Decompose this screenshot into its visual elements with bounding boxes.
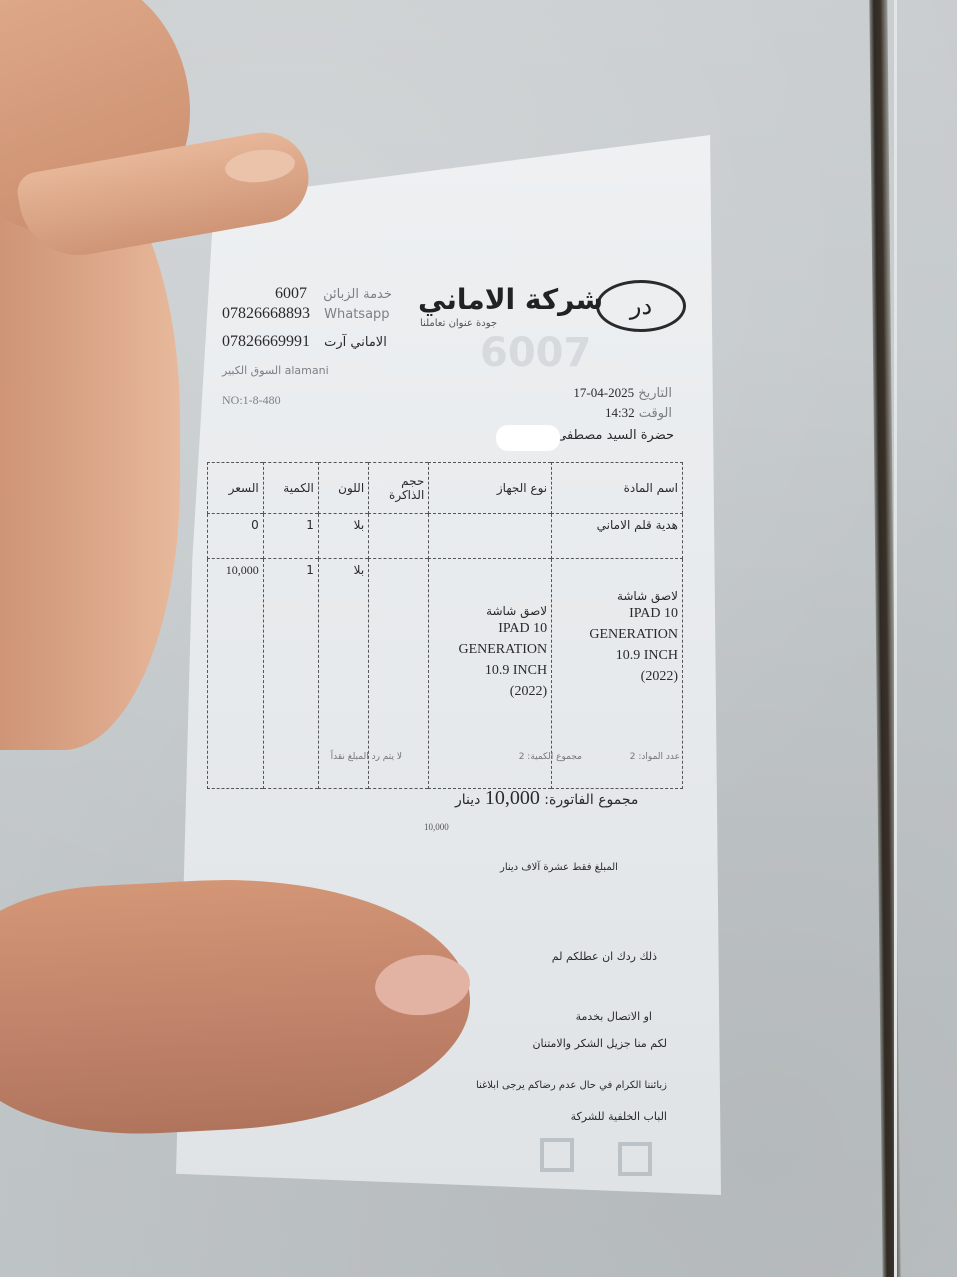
table-footer-count: عدد المواد: 2: [630, 752, 680, 762]
table-row: هدية قلم الاماني بلا 1 0: [208, 514, 683, 559]
invoice-number: NO:1-8-480: [222, 393, 281, 408]
date-label: التاريخ: [638, 386, 672, 401]
tile-edge: [894, 0, 897, 1277]
customer-label: حضرة السيد: [607, 428, 674, 443]
item-name-en-3: 10.9 INCH: [556, 645, 678, 666]
item-type-en-1: IPAD 10: [433, 618, 547, 639]
time-value: 14:32: [605, 405, 635, 420]
whatsapp-label: Whatsapp: [324, 307, 389, 322]
column-header: حجم الذاكرة: [369, 463, 429, 514]
item-type-en-3: 10.9 INCH: [433, 660, 547, 681]
invoice-total-small: 10,000: [424, 822, 449, 832]
customer-service-number: 6007: [275, 285, 307, 302]
item-price: 10,000: [208, 559, 264, 789]
invoice-total-line: مجموع الفاتورة: 10,000 دينار: [455, 787, 638, 810]
note-line: لكم منا جزيل الشكر والامتنان: [532, 1037, 667, 1050]
item-name-en-2: GENERATION: [556, 624, 678, 645]
table-row: لاصق شاشة IPAD 10 GENERATION 10.9 INCH (…: [208, 559, 683, 789]
customer-value: مصطفى: [556, 428, 602, 443]
qr-code-icon: [618, 1142, 652, 1176]
customer-line: حضرة السيد مصطفى: [556, 428, 674, 443]
item-type-en-4: (2022): [433, 681, 547, 702]
item-name-en-1: IPAD 10: [556, 603, 678, 624]
item-color: بلا: [318, 514, 368, 559]
column-header: اللون: [318, 463, 368, 514]
table-header-row: اسم المادة نوع الجهاز حجم الذاكرة اللون …: [208, 463, 683, 514]
item-name: هدية قلم الاماني: [552, 514, 683, 559]
column-header: نوع الجهاز: [429, 463, 552, 514]
item-type-en-2: GENERATION: [433, 639, 547, 660]
note-line: الباب الخلفية للشركة: [571, 1110, 667, 1123]
company-tagline: جودة عنوان تعاملنا: [420, 318, 497, 329]
item-memory: [369, 514, 429, 559]
invoice-total-value: 10,000: [485, 787, 540, 809]
table-footer-total: مجموع الكمية: 2: [519, 752, 582, 762]
whatsapp-line: 07826668893 Whatsapp: [222, 305, 390, 323]
whatsapp-number: 07826668893: [222, 305, 310, 322]
amount-in-words: المبلغ فقط عشرة آلاف دينار: [500, 862, 618, 873]
note-line: ذلك ردك ان عطلكم لم: [552, 950, 657, 963]
note-line: او الاتصال بخدمة: [576, 1010, 652, 1023]
branch-label: الاماني آرت: [324, 335, 387, 350]
item-qty: 1: [263, 514, 318, 559]
column-header: السعر: [208, 463, 264, 514]
invoice-total-currency: دينار: [455, 792, 480, 808]
note-line: زبائننا الكرام في حال عدم رضاكم يرجى ابل…: [476, 1080, 667, 1091]
item-qty: 1: [263, 559, 318, 789]
item-name-ar: لاصق شاشة: [617, 589, 678, 603]
column-header: الكمية: [263, 463, 318, 514]
company-monogram-icon: ﺩﺭ: [596, 280, 686, 332]
watermark-number: 6007: [480, 330, 591, 376]
company-name: شركة الاماني: [418, 283, 603, 316]
address-line: السوق الكبير alamani: [222, 364, 329, 377]
date-value: 2025-04-17: [573, 385, 634, 400]
items-table: اسم المادة نوع الجهاز حجم الذاكرة اللون …: [207, 462, 683, 789]
qr-code-icon: [540, 1138, 574, 1172]
table-footer-note: لا يتم رد المبلغ نقداً: [331, 752, 402, 762]
branch-number: 07826669991: [222, 333, 310, 350]
column-header: اسم المادة: [552, 463, 683, 514]
item-price: 0: [208, 514, 264, 559]
date-line: التاريخ 2025-04-17: [573, 385, 672, 401]
invoice-total-label: مجموع الفاتورة:: [544, 792, 638, 808]
time-line: الوقت 14:32: [605, 405, 672, 421]
customer-service-label: خدمة الزبائن: [323, 287, 392, 302]
time-label: الوقت: [639, 406, 672, 421]
item-type: [429, 514, 552, 559]
branch-line: 07826669991 الاماني آرت: [222, 333, 387, 351]
customer-service-line: 6007 خدمة الزبائن: [275, 285, 392, 303]
redaction-blob: [496, 425, 560, 451]
item-name-en-4: (2022): [556, 666, 678, 687]
item-type-ar: لاصق شاشة: [486, 604, 547, 618]
